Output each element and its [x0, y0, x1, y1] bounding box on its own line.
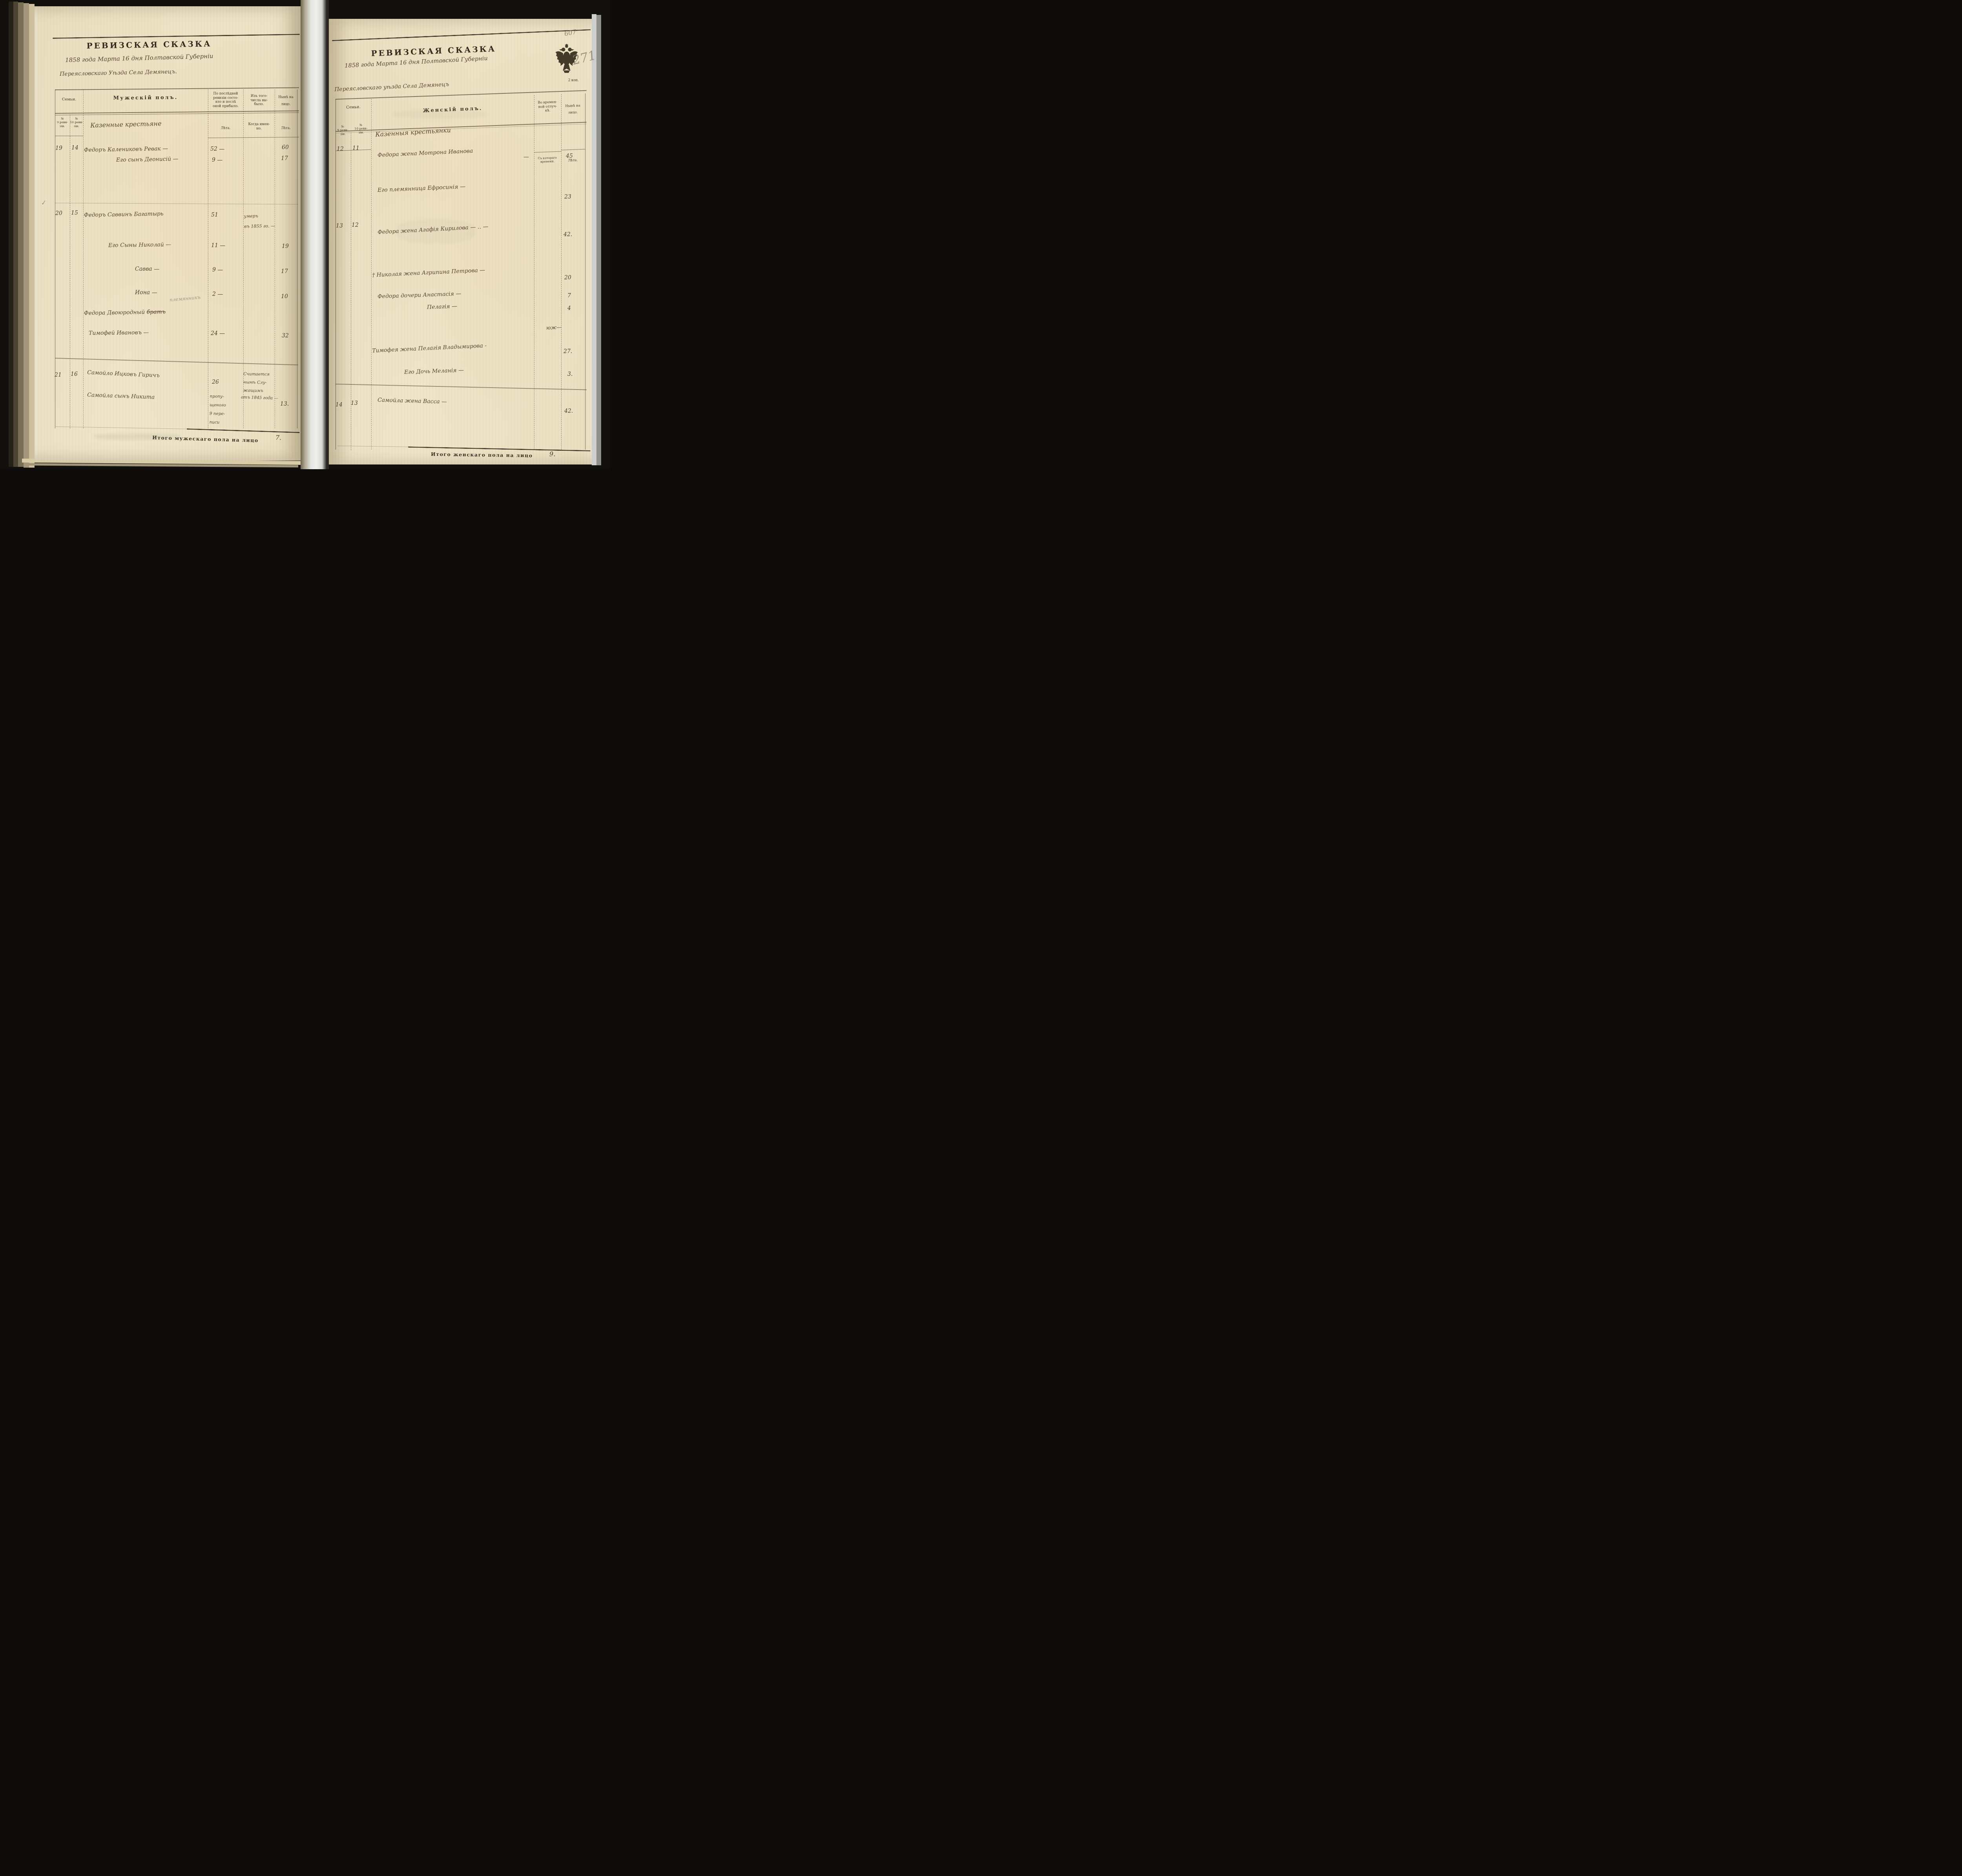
cell-last-age-note: пропу- щеного 9 пере- писи [209, 392, 243, 427]
right-header-away: Во времен- ной отлуч- кѣ. [534, 100, 561, 113]
cell-present-age: 27. [563, 348, 572, 355]
cell-present-age: 17 [281, 155, 288, 162]
ink-bleed-smudge [94, 433, 181, 440]
book-edge-strip [29, 4, 35, 468]
scanned-book-spread: ✓ РЕВИЗСКАЯ СКАЗКА 1858 года Марта 16 дн… [0, 0, 610, 469]
cell-rev9: 19 [55, 145, 62, 151]
cell-present-age: 23 [564, 194, 571, 200]
relation-text: Федора Двоюродный [84, 309, 147, 317]
left-header-last-revision: По послѣдней ревизіи состо- яло и послѣ … [208, 92, 243, 109]
cell-name: Тимофей Ивановъ — [89, 329, 195, 337]
cell-rev10: 13 [351, 400, 358, 406]
right-col-line [561, 94, 562, 450]
cell-rev9: 13 [336, 223, 343, 229]
cell-present-age: 7 [567, 293, 571, 299]
cell-last-age: 26 [212, 379, 219, 385]
book-edge-right [596, 15, 601, 465]
left-subheader-rev9: № 9 реви- зіи. [55, 117, 70, 128]
right-total-value: 9. [549, 450, 555, 458]
cell-present-age: 17 [281, 268, 288, 275]
book-edge-strip [13, 2, 18, 467]
right-subheader-away-since: Съ котораго времени. [534, 156, 562, 164]
left-col-line [70, 115, 70, 428]
cell-present-age: 60 [282, 144, 289, 151]
right-col-line [336, 99, 336, 450]
cell-last-age: 9 — [212, 267, 223, 273]
left-subheader-last-age: Лѣта. [208, 126, 243, 131]
left-subheader-departed-when: Когда имен- но. [244, 122, 274, 131]
cell-rev9: 12 [337, 146, 344, 152]
cell-present-age: 19 [282, 243, 289, 250]
cell-present-age: 3. [567, 371, 573, 377]
cell-last-age: 51 [211, 212, 218, 218]
cell-present-age: 20 [564, 275, 571, 281]
cell-rev9: 21 [55, 372, 62, 378]
left-col-line [208, 89, 208, 428]
cell-rev10: 15 [71, 210, 78, 216]
right-subheader-rev9: № 9 реви- зіи. [335, 124, 351, 136]
left-header-present: Нынѣ на лицо. [275, 94, 297, 108]
cell-rev10: 14 [71, 145, 78, 151]
binding-gutter [301, 0, 329, 469]
left-subheader-rev10: № 10 реви- зіи. [70, 117, 83, 128]
cell-name: Иона — [135, 290, 186, 296]
cell-name: Савва — [135, 266, 194, 272]
cell-dash: — [523, 154, 529, 160]
cell-present-age: 45 [566, 153, 573, 159]
cell-present-age: 13. [280, 401, 289, 407]
struck-word: братъ [146, 309, 166, 315]
bleed-through-smudge [392, 110, 487, 118]
left-subheader-present-age: Лѣта. [275, 126, 297, 131]
right-col-line [534, 95, 534, 450]
cell-last-age: 24 — [211, 330, 225, 337]
right-header-present: Нынѣ на лицо. [561, 102, 584, 117]
cell-rev9: 14 [336, 402, 343, 408]
left-header-family: Семьи. [55, 97, 83, 102]
inline-scribble: юж— [546, 324, 562, 331]
cell-rev9: 20 [55, 210, 62, 217]
cell-last-age: 52 — [210, 146, 224, 152]
left-header-departed: Изъ того- числа вы- было. [244, 94, 274, 107]
cell-departed-note: Считается нынѣ Слу- жащимъ [243, 370, 276, 395]
book-edge-strip [18, 2, 24, 467]
cell-present-age: 32 [282, 333, 289, 339]
right-col-line [371, 99, 372, 450]
cell-last-age: 11 — [211, 242, 225, 249]
book-edge-right [592, 14, 596, 465]
left-col-line [297, 89, 297, 428]
cell-rev10: 11 [352, 145, 359, 151]
cell-present-age: 42. [564, 408, 573, 414]
left-total-value: 7. [275, 434, 282, 442]
book-edge-strip [24, 3, 29, 468]
right-subheader-rev10: № 10 реви- зіи. [351, 123, 372, 135]
left-col-line [83, 89, 84, 428]
cell-rev10: 16 [71, 371, 78, 377]
cell-rev10: 12 [352, 222, 359, 228]
left-subheader-rule-family [55, 136, 83, 136]
right-subheader-present-age: Лѣта. [562, 158, 584, 163]
stamp-caption: 2 коп. [568, 78, 579, 82]
cell-present-age: 42. [563, 231, 572, 238]
cell-present-age: 4 [567, 305, 571, 311]
cell-last-age: 2 — [212, 291, 223, 297]
right-col-line [585, 93, 585, 450]
cell-departed-note: умеръ въ 1855 го. — [244, 211, 276, 232]
cell-last-age: 9 — [212, 157, 222, 163]
cell-present-age: 10 [281, 293, 288, 300]
book-edge-stack-left [9, 2, 13, 467]
